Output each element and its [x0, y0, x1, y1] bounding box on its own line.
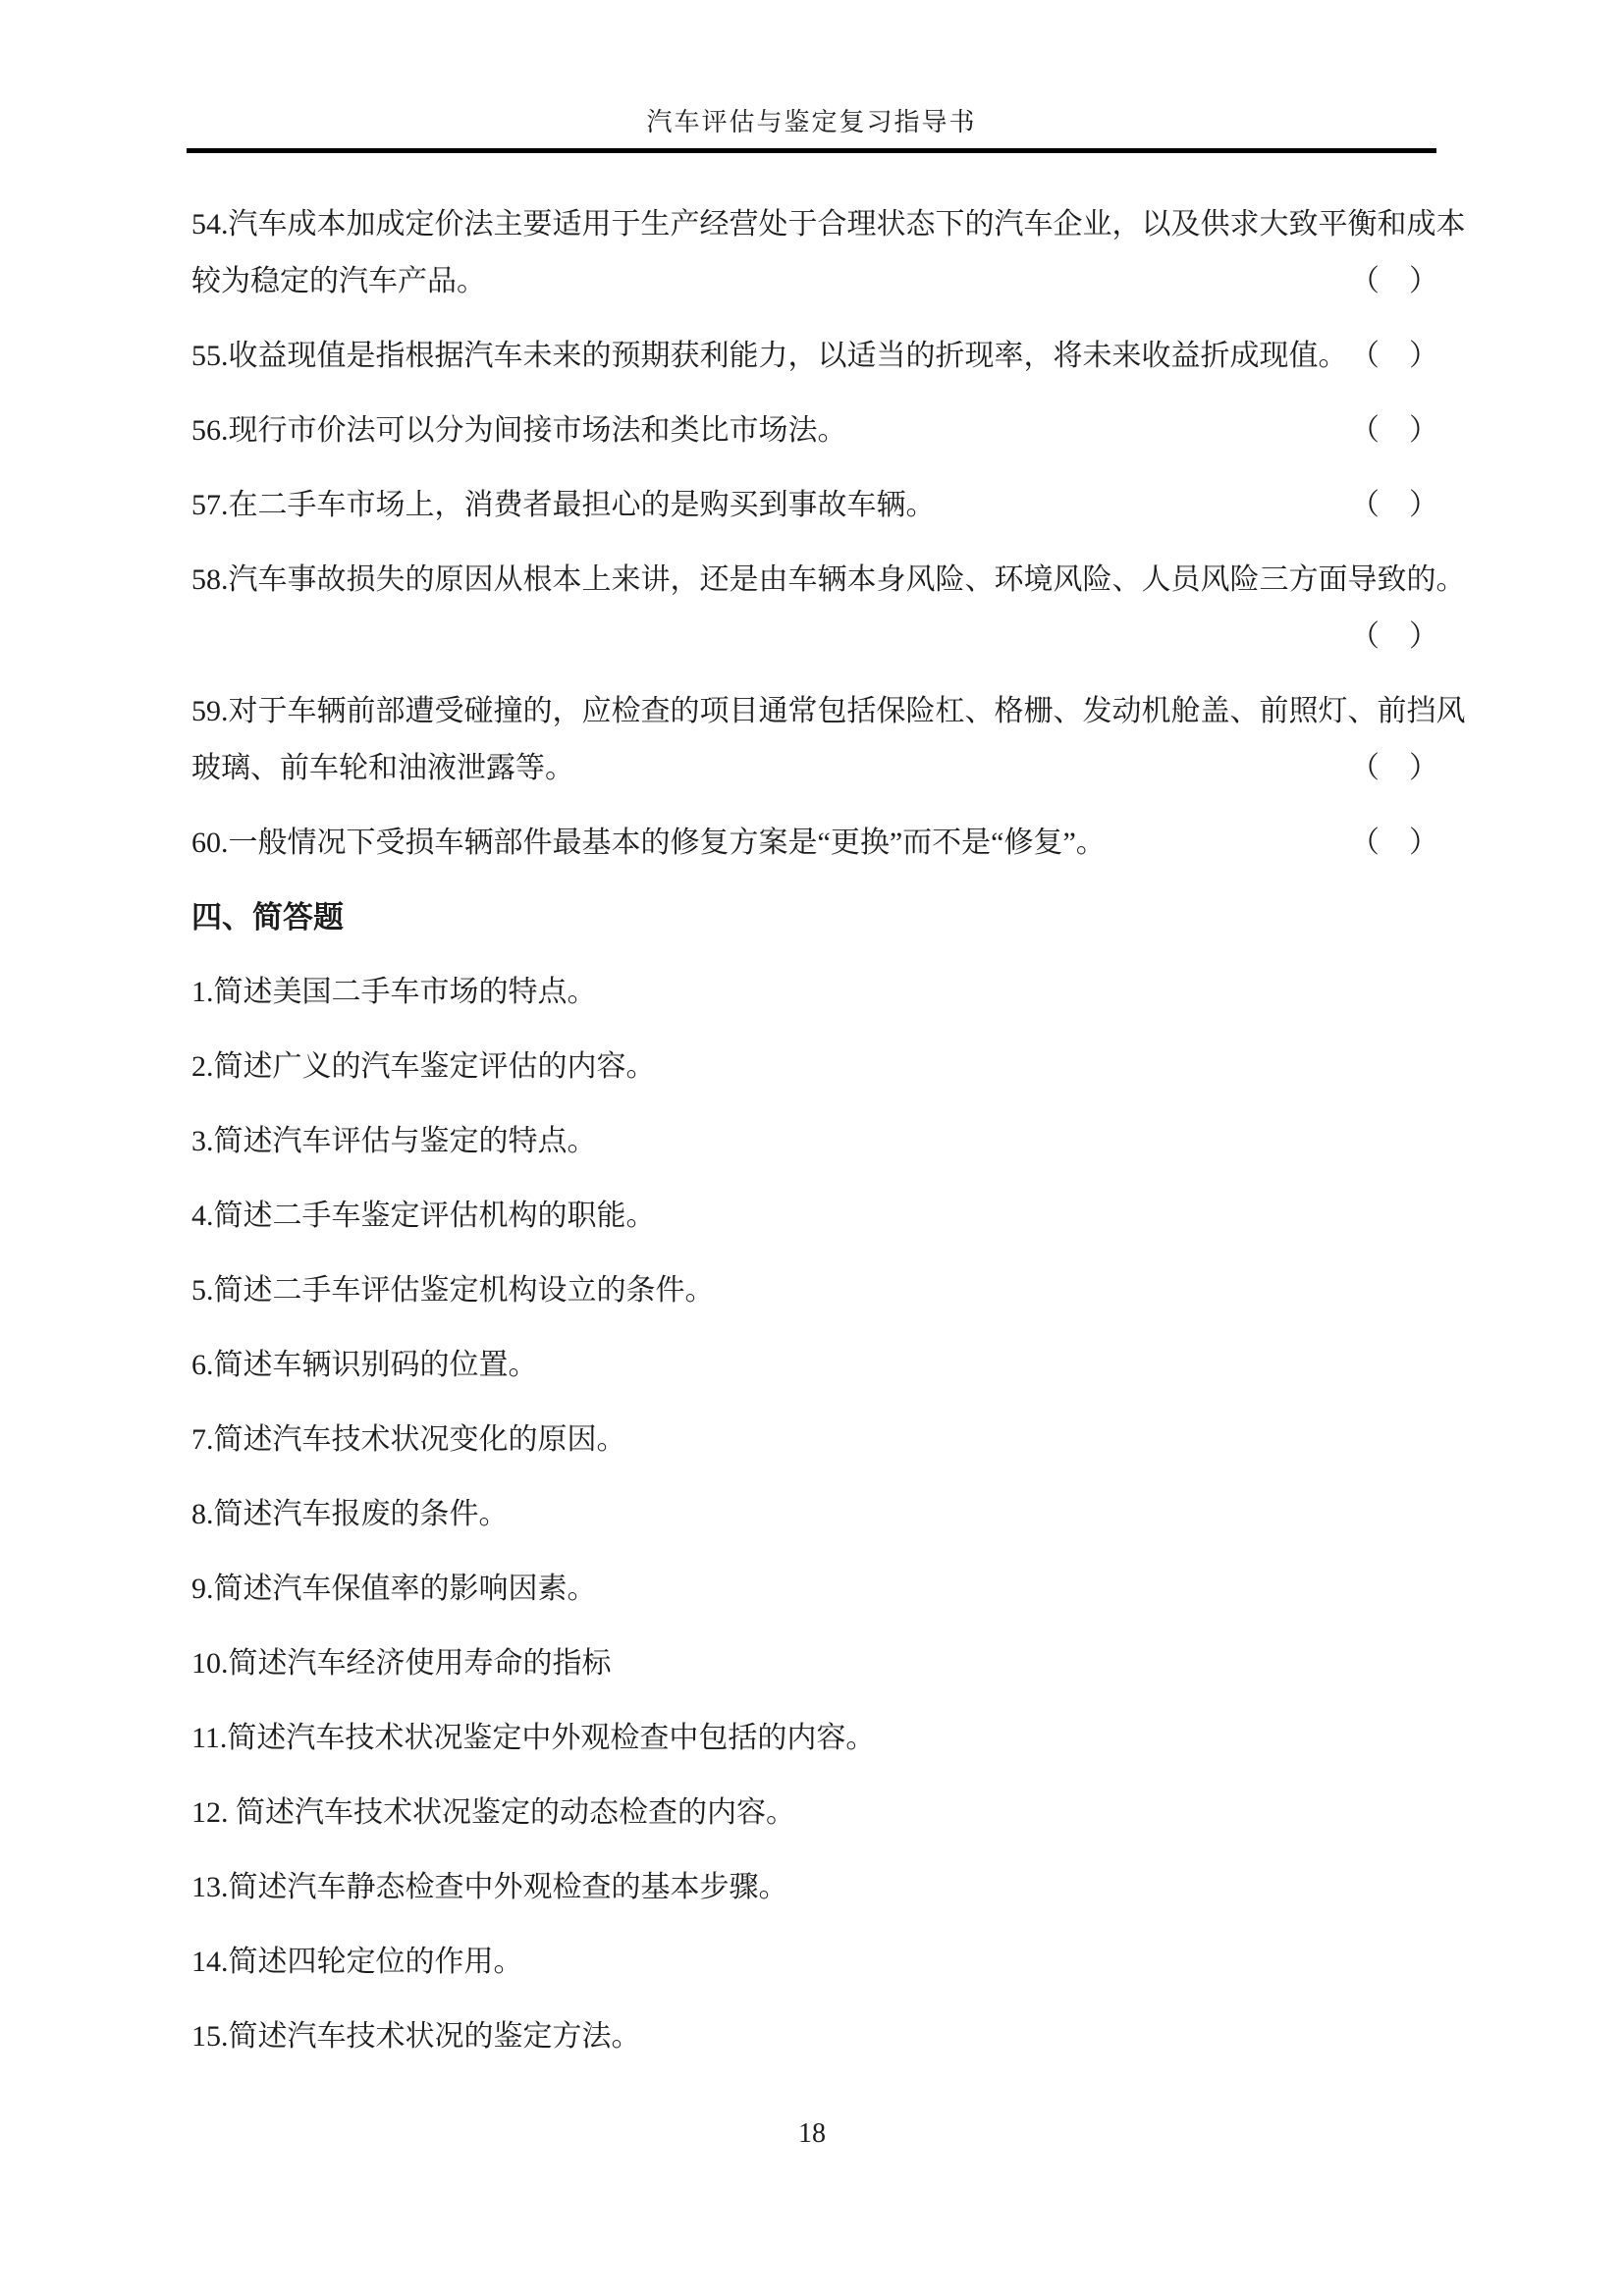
item-text: 59.对于车辆前部遭受碰撞的，应检查的项目通常包括保险杠、格栅、发动机舱盖、前照… — [191, 683, 1466, 740]
question-item-7: 7.简述汽车技术状况变化的原因。 — [191, 1412, 1438, 1468]
question-item-5: 5.简述二手车评估鉴定机构设立的条件。 — [191, 1262, 1438, 1319]
answer-blank: （ ） — [1350, 328, 1438, 385]
answer-blank: （ ） — [1350, 253, 1438, 310]
question-text: 14.简述四轮定位的作用。 — [191, 1934, 523, 1991]
question-text: 1.简述美国二手车市场的特点。 — [191, 964, 597, 1021]
item-text: 较为稳定的汽车产品。 — [191, 253, 486, 310]
true-false-item-56: 56.现行市价法可以分为间接市场法和类比市场法。（ ） — [191, 402, 1438, 459]
question-text: 5.简述二手车评估鉴定机构设立的条件。 — [191, 1262, 715, 1319]
question-text: 7.简述汽车技术状况变化的原因。 — [191, 1412, 626, 1468]
header-rule — [187, 148, 1436, 153]
question-item-8: 8.简述汽车报废的条件。 — [191, 1486, 1438, 1543]
question-text: 11.简述汽车技术状况鉴定中外观检查中包括的内容。 — [191, 1710, 875, 1767]
answer-blank: （ ） — [1350, 609, 1438, 666]
document-page: 汽车评估与鉴定复习指导书 54.汽车成本加成定价法主要适用于生产经营处于合理状态… — [0, 0, 1624, 2296]
question-item-10: 10.简述汽车经济使用寿命的指标 — [191, 1635, 1438, 1692]
answer-blank: （ ） — [1350, 402, 1438, 459]
question-text: 12. 简述汽车技术状况鉴定的动态检查的内容。 — [191, 1785, 795, 1842]
question-item-3: 3.简述汽车评估与鉴定的特点。 — [191, 1113, 1438, 1170]
question-item-12: 12. 简述汽车技术状况鉴定的动态检查的内容。 — [191, 1785, 1438, 1842]
answer-blank: （ ） — [1350, 740, 1438, 797]
question-item-2: 2.简述广义的汽车鉴定评估的内容。 — [191, 1039, 1438, 1095]
question-item-1: 1.简述美国二手车市场的特点。 — [191, 964, 1438, 1021]
question-text: 3.简述汽车评估与鉴定的特点。 — [191, 1113, 597, 1170]
item-text: 60.一般情况下受损车辆部件最基本的修复方案是“更换”而不是“修复”。 — [191, 815, 1106, 872]
question-text: 13.简述汽车静态检查中外观检查的基本步骤。 — [191, 1859, 788, 1916]
document-body: 54.汽车成本加成定价法主要适用于生产经营处于合理状态下的汽车企业，以及供求大致… — [191, 196, 1438, 2083]
question-text: 15.简述汽车技术状况的鉴定方法。 — [191, 2008, 641, 2065]
true-false-item-57: 57.在二手车市场上，消费者最担心的是购买到事故车辆。（ ） — [191, 477, 1438, 534]
item-text: 57.在二手车市场上，消费者最担心的是购买到事故车辆。 — [191, 477, 936, 534]
section-heading-text: 四、简答题 — [191, 889, 344, 946]
answer-blank: （ ） — [1350, 815, 1438, 872]
question-item-11: 11.简述汽车技术状况鉴定中外观检查中包括的内容。 — [191, 1710, 1438, 1767]
true-false-item-60: 60.一般情况下受损车辆部件最基本的修复方案是“更换”而不是“修复”。（ ） — [191, 815, 1438, 872]
question-text: 6.简述车辆识别码的位置。 — [191, 1337, 538, 1394]
page-number: 18 — [0, 2118, 1624, 2150]
true-false-item-55: 55.收益现值是指根据汽车未来的预期获利能力，以适当的折现率，将未来收益折成现值… — [191, 328, 1438, 385]
true-false-item-59: 59.对于车辆前部遭受碰撞的，应检查的项目通常包括保险杠、格栅、发动机舱盖、前照… — [191, 683, 1438, 797]
question-item-15: 15.简述汽车技术状况的鉴定方法。 — [191, 2008, 1438, 2065]
question-item-13: 13.简述汽车静态检查中外观检查的基本步骤。 — [191, 1859, 1438, 1916]
question-item-6: 6.简述车辆识别码的位置。 — [191, 1337, 1438, 1394]
item-text: 56.现行市价法可以分为间接市场法和类比市场法。 — [191, 402, 847, 459]
page-header-title: 汽车评估与鉴定复习指导书 — [187, 102, 1436, 138]
answer-blank: （ ） — [1350, 477, 1438, 534]
section-heading-short-answer: 四、简答题 — [191, 889, 1438, 946]
question-text: 2.简述广义的汽车鉴定评估的内容。 — [191, 1039, 656, 1095]
true-false-item-58: 58.汽车事故损失的原因从根本上来讲，还是由车辆本身风险、环境风险、人员风险三方… — [191, 552, 1438, 666]
question-item-9: 9.简述汽车保值率的影响因素。 — [191, 1561, 1438, 1618]
item-text: 55.收益现值是指根据汽车未来的预期获利能力，以适当的折现率，将未来收益折成现值… — [191, 328, 1348, 385]
question-text: 10.简述汽车经济使用寿命的指标 — [191, 1635, 612, 1692]
question-text: 9.简述汽车保值率的影响因素。 — [191, 1561, 597, 1618]
question-text: 8.简述汽车报废的条件。 — [191, 1486, 509, 1543]
item-text: 54.汽车成本加成定价法主要适用于生产经营处于合理状态下的汽车企业，以及供求大致… — [191, 196, 1466, 253]
true-false-item-54: 54.汽车成本加成定价法主要适用于生产经营处于合理状态下的汽车企业，以及供求大致… — [191, 196, 1438, 310]
question-text: 4.简述二手车鉴定评估机构的职能。 — [191, 1188, 656, 1245]
item-text: 玻璃、前车轮和油液泄露等。 — [191, 740, 574, 797]
question-item-14: 14.简述四轮定位的作用。 — [191, 1934, 1438, 1991]
item-text: 58.汽车事故损失的原因从根本上来讲，还是由车辆本身风险、环境风险、人员风险三方… — [191, 552, 1466, 609]
question-item-4: 4.简述二手车鉴定评估机构的职能。 — [191, 1188, 1438, 1245]
